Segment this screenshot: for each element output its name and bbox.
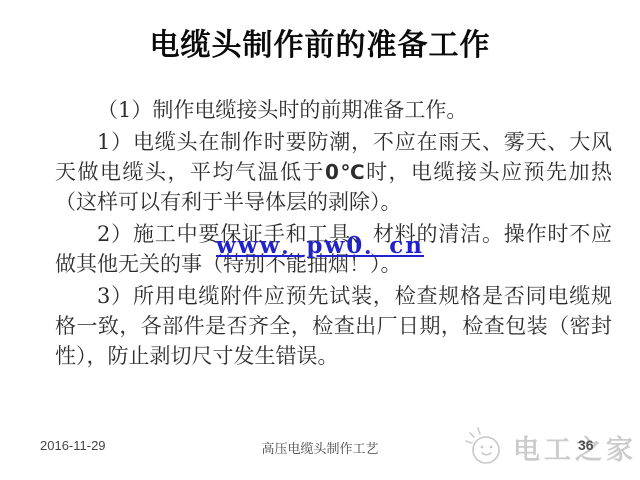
brand-watermark: 电工之家 xyxy=(463,422,637,472)
page-number: 36 xyxy=(578,437,594,453)
paragraph-1: （1）制作电缆接头时的前期准备工作。 xyxy=(55,95,612,125)
slide-title: 电缆头制作前的准备工作 xyxy=(0,20,640,64)
temperature-value: 0℃ xyxy=(325,160,366,184)
smiley-face-icon xyxy=(463,422,505,472)
brand-name: 电工之家 xyxy=(513,428,637,467)
paragraph-4: 3）所用电缆附件应预先试装，检查规格是否同电缆规格一致，各部件是否齐全，检查出厂… xyxy=(55,281,612,371)
url-watermark: www．pw0．cn xyxy=(216,227,424,260)
presentation-slide: 电缆头制作前的准备工作 （1）制作电缆接头时的前期准备工作。 1）电缆头在制作时… xyxy=(0,0,640,480)
paragraph-2: 1）电缆头在制作时要防潮，不应在雨天、雾天、大风天做电缆头，平均气温低于0℃时，… xyxy=(55,127,612,217)
